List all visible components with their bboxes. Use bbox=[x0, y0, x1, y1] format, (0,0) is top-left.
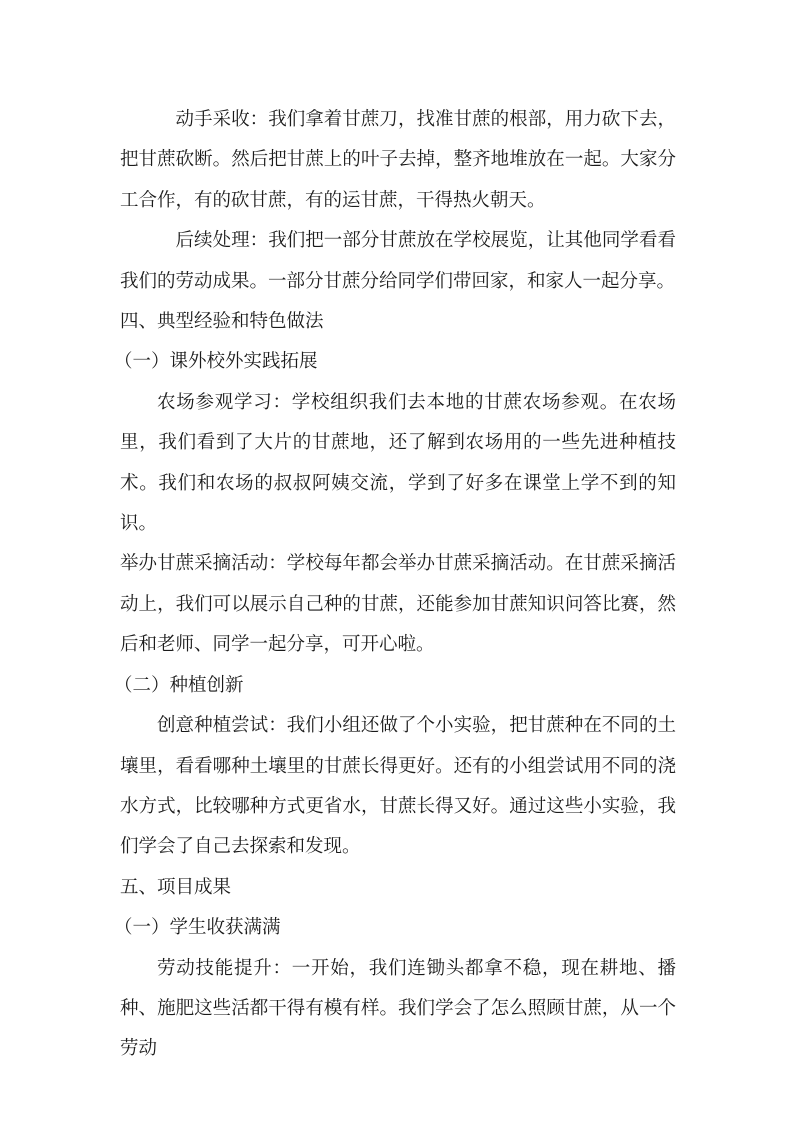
subsection-heading-extracurricular-practice: （一）课外校外实践拓展 bbox=[114, 342, 676, 382]
paragraph-creative-planting: 创意种植尝试：我们小组还做了个小实验，把甘蔗种在不同的土壤里，看看哪种土壤里的甘… bbox=[120, 706, 676, 868]
paragraph-farm-visit: 农场参观学习：学校组织我们去本地的甘蔗农场参观。在农场里，我们看到了大片的甘蔗地… bbox=[120, 383, 676, 545]
paragraph-follow-up-processing: 后续处理：我们把一部分甘蔗放在学校展览，让其他同学看看我们的劳动成果。一部分甘蔗… bbox=[120, 221, 676, 302]
paragraph-manual-harvest: 动手采收：我们拿着甘蔗刀，找准甘蔗的根部，用力砍下去，把甘蔗砍断。然后把甘蔗上的… bbox=[120, 100, 676, 221]
document-page: 动手采收：我们拿着甘蔗刀，找准甘蔗的根部，用力砍下去，把甘蔗砍断。然后把甘蔗上的… bbox=[120, 100, 676, 1070]
section-heading-typical-experience: 四、典型经验和特色做法 bbox=[120, 302, 676, 342]
subsection-heading-planting-innovation: （二）种植创新 bbox=[114, 666, 676, 706]
subsection-heading-student-gains: （一）学生收获满满 bbox=[114, 908, 676, 948]
paragraph-harvest-activity: 举办甘蔗采摘活动：学校每年都会举办甘蔗采摘活动。在甘蔗采摘活动上，我们可以展示自… bbox=[120, 544, 676, 665]
section-heading-project-results: 五、项目成果 bbox=[120, 868, 676, 908]
paragraph-labor-skills: 劳动技能提升：一开始，我们连锄头都拿不稳，现在耕地、播种、施肥这些活都干得有模有… bbox=[120, 949, 676, 1070]
